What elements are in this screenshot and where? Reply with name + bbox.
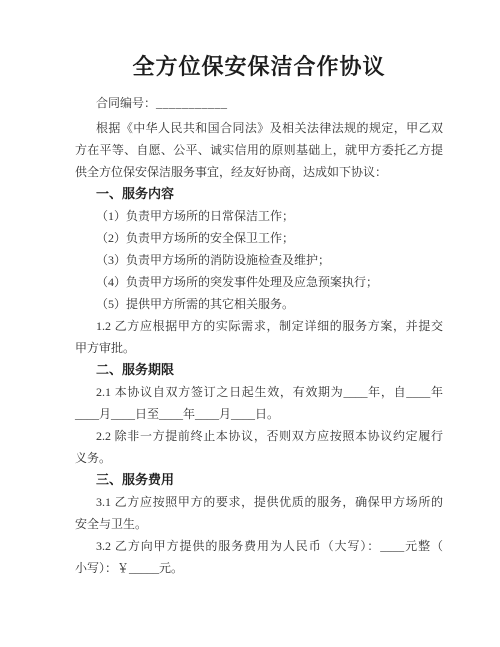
section-heading: 一、服务内容 <box>75 183 443 205</box>
doc-line: （2）负责甲方场所的安全保卫工作； <box>75 227 443 249</box>
doc-line: （3）负责甲方场所的消防设施检查及维护； <box>75 249 443 271</box>
doc-line: 甲方审批。 <box>75 337 443 359</box>
contract-number-line: 合同编号：___________ <box>75 92 443 114</box>
doc-line: （5）提供甲方所需的其它相关服务。 <box>75 293 443 315</box>
doc-line: （1）负责甲方场所的日常保洁工作； <box>75 205 443 227</box>
doc-line: 1.2 乙方应根据甲方的实际需求，制定详细的服务方案，并提交 <box>75 315 443 337</box>
document-page: 全方位保安保洁合作协议 合同编号：___________ 根据《中华人民共和国合… <box>0 0 500 647</box>
doc-line: （4）负责甲方场所的突发事件处理及应急预案执行； <box>75 271 443 293</box>
contract-number-label: 合同编号： <box>96 96 156 110</box>
doc-line: 3.2 乙方向甲方提供的服务费用为人民币（大写）：____元整（ <box>75 535 443 557</box>
doc-line: 义务。 <box>75 447 443 469</box>
document-content: 全方位保安保洁合作协议 合同编号：___________ 根据《中华人民共和国合… <box>0 54 500 579</box>
section-heading: 三、服务费用 <box>75 469 443 491</box>
doc-line: 2.1 本协议自双方签订之日起生效，有效期为____年，自____年 <box>75 381 443 403</box>
doc-line: 安全与卫生。 <box>75 513 443 535</box>
doc-line: 3.1 乙方应按照甲方的要求，提供优质的服务，确保甲方场所的 <box>75 491 443 513</box>
doc-line: ____月____日至____年____月____日。 <box>75 403 443 425</box>
contract-number-blank: ___________ <box>156 96 228 110</box>
doc-body: 根据《中华人民共和国合同法》及相关法律法规的规定，甲乙双方在平等、自愿、公平、诚… <box>75 117 443 579</box>
doc-line: 2.2 除非一方提前终止本协议，否则双方应按照本协议约定履行 <box>75 425 443 447</box>
doc-line: 小写）：￥_____元。 <box>75 557 443 579</box>
document-title: 全方位保安保洁合作协议 <box>75 54 443 80</box>
doc-line: 根据《中华人民共和国合同法》及相关法律法规的规定，甲乙双 <box>75 117 443 139</box>
section-heading: 二、服务期限 <box>75 359 443 381</box>
doc-line: 供全方位保安保洁服务事宜，经友好协商，达成如下协议： <box>75 161 443 183</box>
doc-line: 方在平等、自愿、公平、诚实信用的原则基础上，就甲方委托乙方提 <box>75 139 443 161</box>
